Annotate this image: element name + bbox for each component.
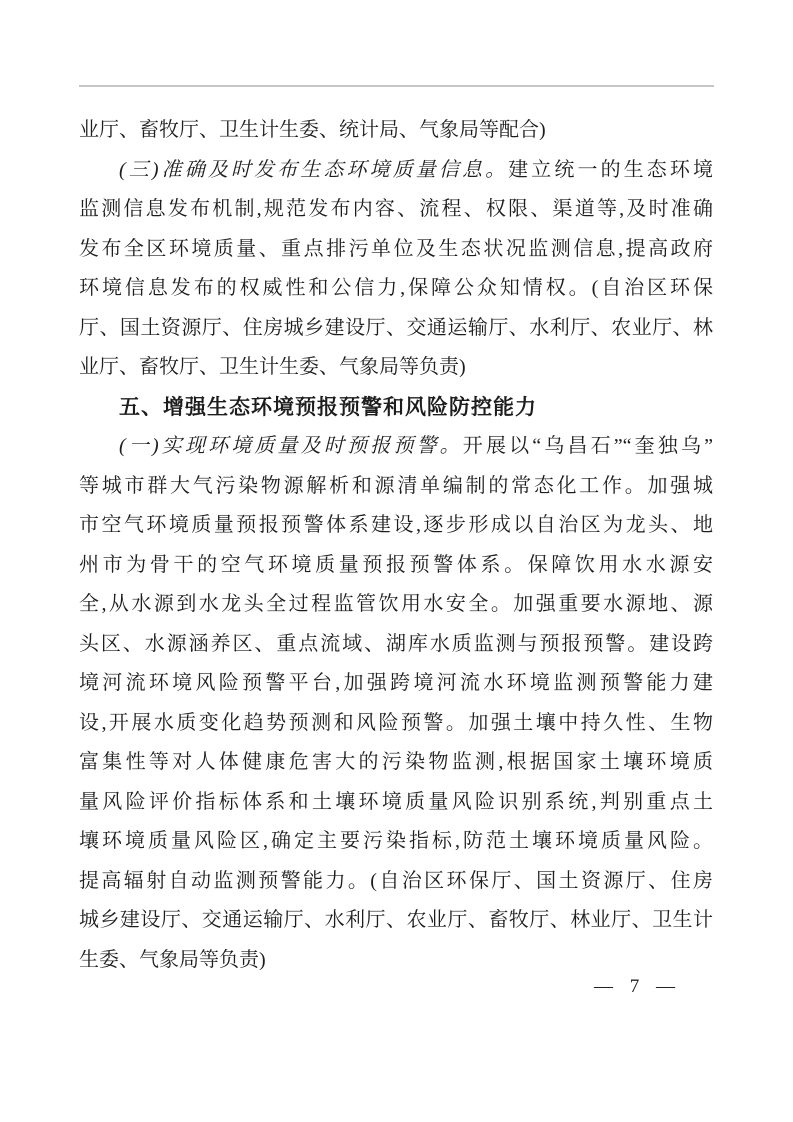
text-segment-fangsong: 城乡建设厅、交通运输厅、水利厅、农业厅、畜牧厅、林业厅、卫生计 bbox=[79, 909, 713, 931]
text-segment-fangsong: 业厅、畜牧厅、卫生计生委、统计局、气象局等配合) bbox=[79, 119, 546, 141]
text-segment-fangsong: 业厅、畜牧厅、卫生计生委、气象局等负责) bbox=[79, 356, 466, 378]
text-line: 发布全区环境质量、重点排污单位及生态状况监测信息,提高政府 bbox=[79, 230, 713, 270]
text-segment-fangsong: 壤环境质量风险区,确定主要污染指标,防范土壤环境质量风险。 bbox=[79, 830, 713, 852]
text-segment-fangsong: 环境信息发布的权威性和公信力,保障公众知情权。(自治区环保 bbox=[79, 277, 713, 299]
text-segment-fangsong: 头区、水源涵养区、重点流域、湖库水质监测与预报预警。建设跨 bbox=[79, 633, 713, 655]
text-line: 设,开展水质变化趋势预测和风险预警。加强土壤中持久性、生物 bbox=[79, 704, 713, 744]
text-segment-kai: (一)实现环境质量及时预报预警。 bbox=[119, 435, 463, 457]
text-segment-fangsong: 州市为骨干的空气环境质量预报预警体系。保障饮用水水源安 bbox=[79, 554, 713, 576]
text-segment-fangsong: 建立统一的生态环境 bbox=[508, 159, 713, 181]
page-number: — 7 — bbox=[594, 976, 681, 998]
document-body: 业厅、畜牧厅、卫生计生委、统计局、气象局等配合)(三)准确及时发布生态环境质量信… bbox=[79, 111, 713, 980]
section-heading-5: 五、增强生态环境预报预警和风险防控能力 bbox=[79, 388, 713, 428]
paragraph-item-3: (三)准确及时发布生态环境质量信息。建立统一的生态环境监测信息发布机制,规范发布… bbox=[79, 151, 713, 388]
document-page: 业厅、畜牧厅、卫生计生委、统计局、气象局等配合)(三)准确及时发布生态环境质量信… bbox=[0, 0, 793, 1122]
text-segment-fangsong: 开展以“乌昌石”“奎独乌” bbox=[463, 435, 713, 457]
text-line: 五、增强生态环境预报预警和风险防控能力 bbox=[79, 388, 713, 428]
text-line: 生委、气象局等负责) bbox=[79, 941, 713, 981]
text-segment-fangsong: 发布全区环境质量、重点排污单位及生态状况监测信息,提高政府 bbox=[79, 238, 713, 260]
text-segment-fangsong: 等城市群大气污染物源解析和源清单编制的常态化工作。加强城 bbox=[79, 475, 713, 497]
text-segment-fangsong: 生委、气象局等负责) bbox=[79, 949, 266, 971]
text-line: 境河流环境风险预警平台,加强跨境河流水环境监测预警能力建 bbox=[79, 664, 713, 704]
text-line: 环境信息发布的权威性和公信力,保障公众知情权。(自治区环保 bbox=[79, 269, 713, 309]
text-line: 提高辐射自动监测预警能力。(自治区环保厅、国土资源厅、住房 bbox=[79, 862, 713, 902]
text-segment-fangsong: 提高辐射自动监测预警能力。(自治区环保厅、国土资源厅、住房 bbox=[79, 870, 713, 892]
text-line: 壤环境质量风险区,确定主要污染指标,防范土壤环境质量风险。 bbox=[79, 822, 713, 862]
text-segment-fangsong: 设,开展水质变化趋势预测和风险预警。加强土壤中持久性、生物 bbox=[79, 712, 713, 734]
text-line: 业厅、畜牧厅、卫生计生委、统计局、气象局等配合) bbox=[79, 111, 713, 151]
text-segment-kai: (三)准确及时发布生态环境质量信息。 bbox=[119, 159, 508, 181]
text-segment-fangsong: 全,从水源到水龙头全过程监管饮用水安全。加强重要水源地、源 bbox=[79, 593, 713, 615]
text-segment-fangsong: 境河流环境风险预警平台,加强跨境河流水环境监测预警能力建 bbox=[79, 672, 713, 694]
text-line: 监测信息发布机制,规范发布内容、流程、权限、渠道等,及时准确 bbox=[79, 190, 713, 230]
text-line: 城乡建设厅、交通运输厅、水利厅、农业厅、畜牧厅、林业厅、卫生计 bbox=[79, 901, 713, 941]
text-segment-fangsong: 监测信息发布机制,规范发布内容、流程、权限、渠道等,及时准确 bbox=[79, 198, 713, 220]
header-rule bbox=[79, 85, 714, 87]
text-segment-fangsong: 富集性等对人体健康危害大的污染物监测,根据国家土壤环境质 bbox=[79, 751, 713, 773]
paragraph-item-1: (一)实现环境质量及时预报预警。开展以“乌昌石”“奎独乌”等城市群大气污染物源解… bbox=[79, 427, 713, 980]
text-line: 头区、水源涵养区、重点流域、湖库水质监测与预报预警。建设跨 bbox=[79, 625, 713, 665]
text-line: 全,从水源到水龙头全过程监管饮用水安全。加强重要水源地、源 bbox=[79, 585, 713, 625]
text-line: 富集性等对人体健康危害大的污染物监测,根据国家土壤环境质 bbox=[79, 743, 713, 783]
text-segment-fangsong: 厅、国土资源厅、住房城乡建设厅、交通运输厅、水利厅、农业厅、林 bbox=[79, 317, 713, 339]
text-line: 州市为骨干的空气环境质量预报预警体系。保障饮用水水源安 bbox=[79, 546, 713, 586]
text-line: (三)准确及时发布生态环境质量信息。建立统一的生态环境 bbox=[79, 151, 713, 191]
text-line: 等城市群大气污染物源解析和源清单编制的常态化工作。加强城 bbox=[79, 467, 713, 507]
text-line: 市空气环境质量预报预警体系建设,逐步形成以自治区为龙头、地 bbox=[79, 506, 713, 546]
text-line: 厅、国土资源厅、住房城乡建设厅、交通运输厅、水利厅、农业厅、林 bbox=[79, 309, 713, 349]
text-line: 量风险评价指标体系和土壤环境质量风险识别系统,判别重点土 bbox=[79, 783, 713, 823]
text-segment-fangsong: 量风险评价指标体系和土壤环境质量风险识别系统,判别重点土 bbox=[79, 791, 713, 813]
text-line: 业厅、畜牧厅、卫生计生委、气象局等负责) bbox=[79, 348, 713, 388]
text-line: (一)实现环境质量及时预报预警。开展以“乌昌石”“奎独乌” bbox=[79, 427, 713, 467]
paragraph-continuation: 业厅、畜牧厅、卫生计生委、统计局、气象局等配合) bbox=[79, 111, 713, 151]
text-segment-fangsong: 市空气环境质量预报预警体系建设,逐步形成以自治区为龙头、地 bbox=[79, 514, 713, 536]
text-segment-hei: 五、增强生态环境预报预警和风险防控能力 bbox=[119, 396, 537, 419]
